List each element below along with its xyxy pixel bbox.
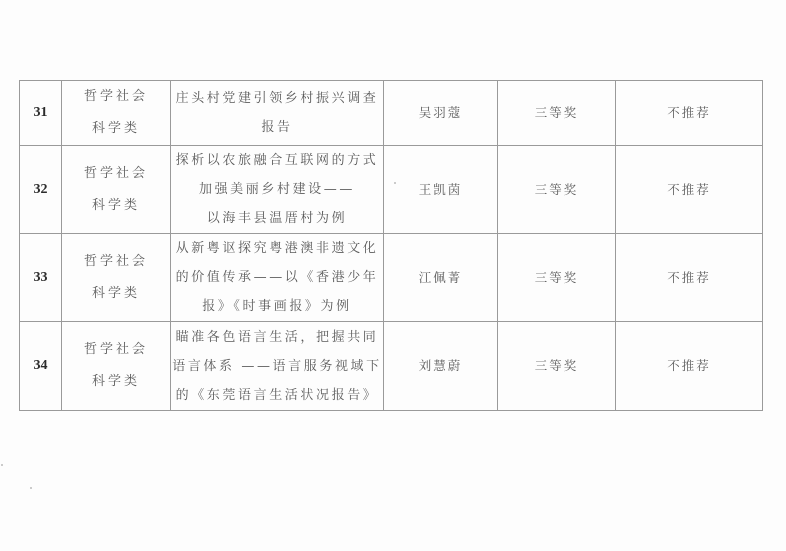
title-line: 加强美丽乡村建设—— [171, 175, 383, 204]
author-cell: 王凯茵 [384, 146, 498, 234]
row-number: 32 [20, 146, 62, 234]
title-line: 语言体系 ——语言服务视域下 [171, 352, 383, 381]
recommendation-cell: 不推荐 [616, 234, 763, 322]
title-cell: 探析以农旅融合互联网的方式 加强美丽乡村建设—— 以海丰县温厝村为例 [171, 146, 384, 234]
category-line: 科学类 [62, 278, 170, 310]
title-line: 报》《时事画报》为例 [171, 292, 383, 321]
title-line: 报告 [171, 113, 383, 142]
table-row: 34 哲学社会 科学类 瞄准各色语言生活，把握共同 语言体系 ——语言服务视域下… [20, 322, 763, 411]
category-line: 哲学社会 [62, 81, 170, 113]
title-line: 的《东莞语言生活状况报告》 [171, 381, 383, 410]
recommendation-cell: 不推荐 [616, 146, 763, 234]
award-cell: 三等奖 [498, 146, 616, 234]
title-line: 瞄准各色语言生活，把握共同 [171, 323, 383, 352]
title-cell: 庄头村党建引领乡村振兴调查 报告 [171, 81, 384, 146]
scan-speck [1, 464, 3, 466]
category-cell: 哲学社会 科学类 [62, 234, 171, 322]
title-line: 探析以农旅融合互联网的方式 [171, 146, 383, 175]
title-line: 以海丰县温厝村为例 [171, 204, 383, 233]
title-line: 的价值传承——以《香港少年 [171, 263, 383, 292]
table-row: 31 哲学社会 科学类 庄头村党建引领乡村振兴调查 报告 吴羽蔻 三等奖 不推荐 [20, 81, 763, 146]
table-row: 32 哲学社会 科学类 探析以农旅融合互联网的方式 加强美丽乡村建设—— 以海丰… [20, 146, 763, 234]
category-cell: 哲学社会 科学类 [62, 322, 171, 411]
category-line: 哲学社会 [62, 246, 170, 278]
category-line: 科学类 [62, 190, 170, 222]
author-cell: 吴羽蔻 [384, 81, 498, 146]
awards-table: 31 哲学社会 科学类 庄头村党建引领乡村振兴调查 报告 吴羽蔻 三等奖 不推荐… [19, 80, 763, 411]
recommendation-cell: 不推荐 [616, 81, 763, 146]
award-cell: 三等奖 [498, 322, 616, 411]
category-line: 哲学社会 [62, 158, 170, 190]
row-number: 34 [20, 322, 62, 411]
award-cell: 三等奖 [498, 234, 616, 322]
row-number: 33 [20, 234, 62, 322]
category-line: 科学类 [62, 113, 170, 145]
category-cell: 哲学社会 科学类 [62, 146, 171, 234]
title-cell: 从新粤讴探究粤港澳非遗文化 的价值传承——以《香港少年 报》《时事画报》为例 [171, 234, 384, 322]
category-cell: 哲学社会 科学类 [62, 81, 171, 146]
scan-speck [30, 487, 32, 489]
scan-speck [394, 182, 396, 184]
category-line: 哲学社会 [62, 334, 170, 366]
title-cell: 瞄准各色语言生活，把握共同 语言体系 ——语言服务视域下 的《东莞语言生活状况报… [171, 322, 384, 411]
author-cell: 刘慧蔚 [384, 322, 498, 411]
title-line: 从新粤讴探究粤港澳非遗文化 [171, 234, 383, 263]
recommendation-cell: 不推荐 [616, 322, 763, 411]
category-line: 科学类 [62, 366, 170, 398]
row-number: 31 [20, 81, 62, 146]
award-cell: 三等奖 [498, 81, 616, 146]
title-line: 庄头村党建引领乡村振兴调查 [171, 84, 383, 113]
author-cell: 江佩菁 [384, 234, 498, 322]
table-row: 33 哲学社会 科学类 从新粤讴探究粤港澳非遗文化 的价值传承——以《香港少年 … [20, 234, 763, 322]
